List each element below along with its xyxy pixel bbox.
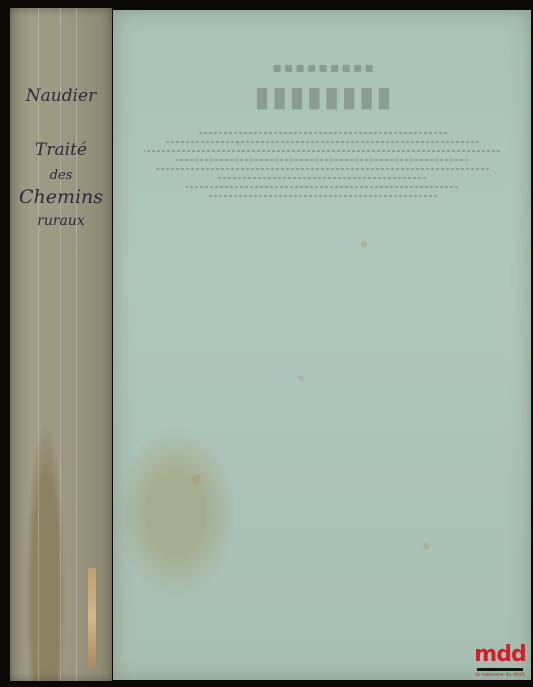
spine-title-line: des (10, 168, 112, 183)
logo-underline (477, 668, 523, 671)
spine-title-line: ruraux (10, 213, 112, 229)
spine-crease (60, 8, 61, 681)
spine-crease (38, 8, 39, 681)
spine-title-line: Chemins (10, 186, 112, 208)
front-cover: ▪▪▪▪▪▪▪▪▪ ▮▮▮▮▮▮▮▮ (113, 10, 531, 680)
spine-author: Naudier (10, 86, 112, 106)
spine-title-line: Traité (10, 140, 112, 160)
bleed-through-heading: ▮▮▮▮▮▮▮▮ (113, 80, 531, 113)
bleed-through-lines (113, 125, 531, 204)
logo-mark: mdd (471, 643, 529, 667)
spine-tear (88, 568, 96, 668)
logo-tagline: la mémoire du droit (471, 672, 529, 679)
spine-crease (76, 8, 77, 681)
book: Naudier Traité des Chemins ruraux ▪▪▪▪▪▪… (8, 8, 528, 681)
bleed-through-text: ▪▪▪▪▪▪▪▪▪ (113, 60, 531, 76)
book-spine: Naudier Traité des Chemins ruraux (10, 8, 112, 681)
mdd-logo: mdd la mémoire du droit (471, 643, 529, 683)
